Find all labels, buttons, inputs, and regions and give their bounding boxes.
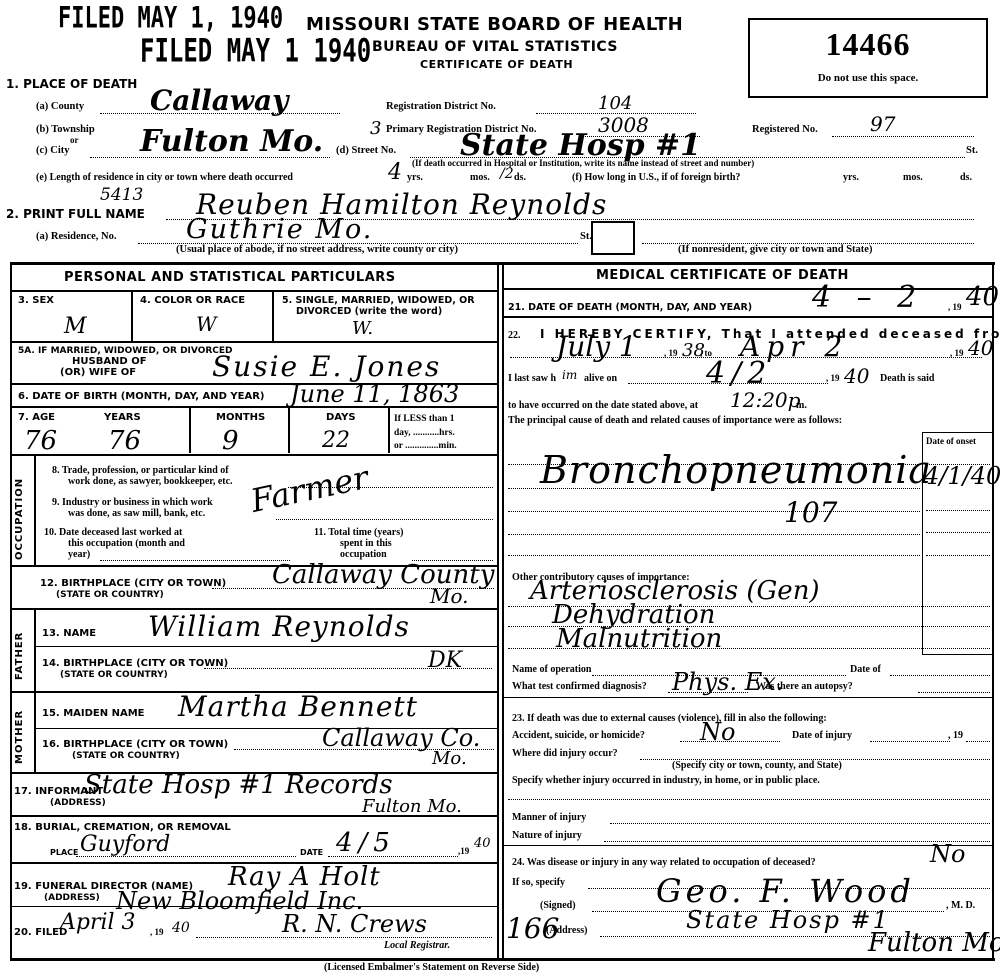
age-value[interactable]: 76 bbox=[24, 426, 57, 456]
father-name-value[interactable]: William Reynolds bbox=[148, 610, 410, 643]
birthplace-label-2: (STATE OR COUNTRY) bbox=[56, 590, 164, 600]
filed-stamp-top: FILED MAY 1, 1940 bbox=[58, 2, 283, 36]
attended-from-value[interactable]: July 1 bbox=[556, 330, 637, 363]
years-value[interactable]: 76 bbox=[108, 426, 141, 456]
registrar-value[interactable]: R. N. Crews bbox=[282, 910, 427, 938]
mother-birthplace-label-2: (STATE OR COUNTRY) bbox=[72, 751, 180, 761]
reg-district-label: Registration District No. bbox=[386, 101, 496, 112]
street-note: (If death occurred in Hospital or Instit… bbox=[412, 158, 754, 168]
occupation-side-label: OCCUPATION bbox=[14, 478, 25, 560]
specify-line bbox=[508, 799, 990, 800]
industry-line bbox=[276, 519, 493, 520]
trade-value[interactable]: Farmer bbox=[247, 458, 371, 520]
form-subtitle: BUREAU OF VITAL STATISTICS bbox=[372, 39, 618, 55]
place-of-death-label: 1. PLACE OF DEATH bbox=[6, 77, 137, 91]
file-number: 14466 bbox=[750, 26, 986, 63]
dod-rule bbox=[503, 316, 993, 318]
reg-district-value[interactable]: 104 bbox=[598, 93, 632, 114]
last-saw-value[interactable]: 4/2 bbox=[706, 356, 772, 391]
registered-no-label: Registered No. bbox=[752, 124, 818, 135]
sex-divider bbox=[131, 291, 133, 341]
race-divider bbox=[272, 291, 274, 341]
cause-intro: The principal cause of death and related… bbox=[508, 415, 842, 426]
informant-value-2[interactable]: Fulton Mo. bbox=[362, 796, 462, 817]
birthplace-value-2[interactable]: Mo. bbox=[430, 584, 469, 608]
occurred-label: to have occurred on the date stated abov… bbox=[508, 400, 698, 411]
medical-section-title: MEDICAL CERTIFICATE OF DEATH bbox=[596, 268, 849, 283]
if-so-label: If so, specify bbox=[512, 877, 565, 888]
dob-label: 6. DATE OF BIRTH (MONTH, DAY, AND YEAR) bbox=[18, 391, 265, 402]
onset-label: Date of onset bbox=[926, 436, 976, 446]
manner-label: Manner of injury bbox=[512, 812, 586, 823]
township-label: (b) Township bbox=[36, 124, 95, 135]
time-value[interactable]: 12:20p bbox=[730, 388, 800, 412]
accident-value[interactable]: No bbox=[700, 718, 735, 746]
frame-divider-1 bbox=[497, 263, 499, 961]
death-said-label: Death is said bbox=[880, 373, 934, 384]
father-birthplace-label-2: (STATE OR COUNTRY) bbox=[60, 670, 168, 680]
test-label: What test confirmed diagnosis? bbox=[512, 681, 647, 692]
signed-label: (Signed) bbox=[540, 900, 576, 911]
last-saw-label: I last saw h bbox=[508, 373, 556, 384]
full-name-label: 2. PRINT FULL NAME bbox=[6, 207, 145, 221]
race-label: 4. COLOR OR RACE bbox=[140, 295, 245, 306]
birthplace-label-1: 12. BIRTHPLACE (CITY OR TOWN) bbox=[40, 578, 226, 589]
contributory-3-value[interactable]: Malnutrition bbox=[556, 624, 722, 654]
operation-label: Name of operation bbox=[512, 664, 591, 675]
dod-year-prefix: , 19 bbox=[948, 302, 962, 312]
last-worked-label-1: 10. Date deceased last worked at bbox=[44, 527, 182, 538]
filed-stamp-bottom: FILED MAY 1 1940 bbox=[140, 32, 371, 70]
signed-value[interactable]: Geo. F. Wood bbox=[656, 872, 915, 910]
industry-label-1: 9. Industry or business in which work bbox=[52, 497, 213, 508]
occupation-related-label: 24. Was disease or injury in any way rel… bbox=[512, 857, 816, 868]
county-label: (a) County bbox=[36, 101, 84, 112]
trade-label-1: 8. Trade, profession, or particular kind… bbox=[52, 465, 229, 476]
burial-place-label: PLACE bbox=[50, 848, 79, 857]
mother-side-label: MOTHER bbox=[14, 710, 25, 764]
onset-value[interactable]: 4/1/40 bbox=[924, 462, 1000, 490]
row-rule-3 bbox=[10, 406, 498, 408]
occupation-related-value[interactable]: No bbox=[930, 840, 965, 868]
injury-date-line bbox=[870, 741, 950, 742]
dob-value[interactable]: June 11, 1863 bbox=[290, 380, 459, 408]
to-year-value[interactable]: 40 bbox=[968, 336, 993, 360]
burial-date-label: DATE bbox=[300, 848, 323, 857]
age-label: 7. AGE bbox=[18, 412, 55, 423]
street-label: (d) Street No. bbox=[336, 145, 396, 156]
burial-place-value[interactable]: Guyford bbox=[80, 832, 170, 857]
spouse-label-3: (OR) WIFE OF bbox=[60, 367, 136, 378]
maiden-name-label: 15. MAIDEN NAME bbox=[42, 708, 144, 719]
frame-bottom bbox=[10, 958, 995, 961]
file-number-box: 14466 Do not use this space. bbox=[748, 18, 988, 98]
months-value[interactable]: 9 bbox=[222, 426, 239, 456]
where-label: Where did injury occur? bbox=[512, 748, 618, 759]
footer-note: (Licensed Embalmer's Statement on Revers… bbox=[324, 962, 539, 973]
father-side-label: FATHER bbox=[14, 632, 25, 680]
manner-line bbox=[610, 823, 990, 824]
operation-date-line bbox=[890, 675, 990, 676]
industry-label-2: was done, as saw mill, bank, etc. bbox=[68, 508, 205, 519]
operation-date-label: Date of bbox=[850, 664, 881, 675]
mother-birthplace-label-1: 16. BIRTHPLACE (CITY OR TOWN) bbox=[42, 739, 228, 750]
burial-year-prefix: ,19 bbox=[458, 846, 469, 856]
last-worked-label-3: year) bbox=[68, 549, 90, 560]
registered-no-value[interactable]: 97 bbox=[870, 112, 895, 136]
file-note: Do not use this space. bbox=[750, 72, 986, 84]
ds-label: ds. bbox=[514, 172, 526, 183]
onset-column-top bbox=[922, 432, 993, 433]
mother-side-divider bbox=[34, 692, 36, 772]
less-than-label-1: If LESS than 1 bbox=[394, 414, 454, 424]
where-note: (Specify city or town, county, and State… bbox=[672, 760, 842, 771]
total-time-label-3: occupation bbox=[340, 549, 387, 560]
autopsy-line bbox=[918, 692, 990, 693]
address-value-1[interactable]: State Hosp #1 bbox=[686, 906, 890, 934]
father-rule bbox=[36, 646, 498, 647]
spouse-value[interactable]: Susie E. Jones bbox=[212, 350, 441, 383]
less-than-label-3: or ..............min. bbox=[394, 441, 457, 451]
case-number: 5413 bbox=[100, 185, 143, 205]
days-value[interactable]: 22 bbox=[322, 428, 350, 453]
months-label: MONTHS bbox=[216, 412, 265, 423]
residence-note: (Usual place of abode, if no street addr… bbox=[176, 244, 458, 255]
maiden-name-value[interactable]: Martha Bennett bbox=[178, 690, 418, 723]
row-rule-1 bbox=[10, 341, 498, 343]
father-side-divider bbox=[34, 609, 36, 691]
residence-value[interactable]: Guthrie Mo. bbox=[186, 214, 373, 245]
last-worked-line bbox=[100, 560, 290, 561]
form-title: MISSOURI STATE BOARD OF HEALTH bbox=[306, 14, 683, 35]
frame-divider-2 bbox=[502, 263, 504, 961]
address-label: (Address) bbox=[546, 925, 587, 936]
nonresident-note: (If nonresident, give city or town and S… bbox=[678, 244, 872, 255]
md-label: , M. D. bbox=[946, 900, 975, 911]
cause-line-5 bbox=[508, 555, 920, 556]
dod-value[interactable]: 4 – 2 bbox=[812, 280, 924, 315]
ward-mark: 3 bbox=[370, 118, 381, 139]
row-rule-11 bbox=[10, 906, 498, 907]
from-year-prefix: , 19 bbox=[664, 348, 678, 358]
months-divider bbox=[288, 407, 290, 453]
cause-code: 107 bbox=[784, 496, 837, 529]
contributory-column-bottom bbox=[922, 654, 993, 655]
dod-label: 21. DATE OF DEATH (MONTH, DAY, AND YEAR) bbox=[508, 302, 752, 313]
onset-line-3 bbox=[926, 532, 990, 533]
residence-checkbox[interactable] bbox=[591, 221, 635, 255]
days-divider bbox=[388, 407, 390, 453]
total-time-label-2: spent in this bbox=[340, 538, 392, 549]
onset-line-2 bbox=[926, 510, 990, 511]
days-label: DAYS bbox=[326, 412, 356, 423]
principal-cause-value[interactable]: Bronchopneumonia bbox=[540, 448, 932, 492]
foreign-mos: mos. bbox=[903, 172, 923, 183]
onset-line-4 bbox=[926, 555, 990, 556]
address-value-2[interactable]: Fulton Mo. bbox=[868, 928, 1000, 958]
less-than-label-2: day, ...........hrs. bbox=[394, 428, 455, 438]
trade-label-2: work done, as sawyer, bookkeeper, etc. bbox=[68, 476, 233, 487]
informant-value-1[interactable]: State Hosp #1 Records bbox=[84, 770, 393, 800]
certify-number: 22. bbox=[508, 330, 521, 341]
row-rule-9 bbox=[10, 815, 498, 817]
funeral-label-2: (ADDRESS) bbox=[44, 893, 100, 903]
marital-label-2: DIVORCED (write the word) bbox=[296, 306, 442, 317]
dod-year[interactable]: 40 bbox=[966, 282, 999, 312]
foreign-label: (f) How long in U.S., if of foreign birt… bbox=[572, 172, 740, 183]
specify-label: Specify whether injury occurred in indus… bbox=[512, 775, 820, 786]
foreign-ds: ds. bbox=[960, 172, 972, 183]
father-name-label: 13. NAME bbox=[42, 628, 96, 639]
personal-title-rule bbox=[10, 290, 498, 292]
nature-label: Nature of injury bbox=[512, 830, 582, 841]
frame-right bbox=[992, 263, 994, 961]
county-value[interactable]: Callaway bbox=[150, 84, 288, 117]
autopsy-label: Was there an autopsy? bbox=[756, 681, 853, 692]
registered-no-line bbox=[832, 136, 974, 137]
injury-date-label: Date of injury bbox=[792, 730, 852, 741]
nature-rule bbox=[503, 845, 993, 846]
marital-label-1: 5. SINGLE, MARRIED, WIDOWED, OR bbox=[282, 295, 475, 306]
cause-line-4 bbox=[508, 534, 920, 535]
accident-label: Accident, suicide, or homicide? bbox=[512, 730, 645, 741]
row-rule-4 bbox=[10, 454, 498, 456]
street-suffix: St. bbox=[966, 145, 978, 156]
registrar-label: Local Registrar. bbox=[384, 940, 450, 951]
city-value[interactable]: Fulton Mo. bbox=[140, 124, 323, 159]
last-saw-year-value[interactable]: 40 bbox=[844, 364, 869, 388]
contributory-column-divider bbox=[922, 562, 923, 654]
last-worked-label-2: this occupation (month and bbox=[68, 538, 185, 549]
father-birthplace-value[interactable]: DK bbox=[428, 648, 462, 673]
father-birthplace-label-1: 14. BIRTHPLACE (CITY OR TOWN) bbox=[42, 658, 228, 669]
cause-line-3 bbox=[508, 511, 920, 512]
filed-year-prefix: , 19 bbox=[150, 927, 164, 937]
residence-label: (a) Residence, No. bbox=[36, 231, 116, 242]
autopsy-rule bbox=[503, 697, 993, 698]
last-saw-year-prefix: , 19 bbox=[826, 373, 840, 383]
spouse-label-2: HUSBAND OF bbox=[72, 356, 147, 367]
personal-section-title: PERSONAL AND STATISTICAL PARTICULARS bbox=[64, 270, 396, 285]
external-label: 23. If death was due to external causes … bbox=[512, 713, 827, 724]
years-label: YEARS bbox=[104, 412, 141, 423]
sex-value[interactable]: M bbox=[64, 314, 87, 339]
yrs-label: yrs. bbox=[407, 172, 423, 183]
time-suffix: m. bbox=[796, 400, 807, 411]
filed-date-value[interactable]: April 3 bbox=[60, 910, 136, 935]
residence-length-label: (e) Length of residence in city or town … bbox=[36, 172, 293, 183]
burial-year-value[interactable]: 40 bbox=[474, 836, 491, 851]
years-divider bbox=[189, 407, 191, 453]
mother-birthplace-value-2[interactable]: Mo. bbox=[432, 748, 467, 769]
last-saw-pronoun[interactable]: im bbox=[562, 368, 577, 382]
burial-date-value[interactable]: 4/5 bbox=[336, 828, 396, 858]
marital-value[interactable]: W. bbox=[352, 318, 373, 339]
total-time-label-1: 11. Total time (years) bbox=[314, 527, 403, 538]
to-year-prefix: , 19 bbox=[950, 348, 964, 358]
filed-year-value[interactable]: 40 bbox=[172, 920, 190, 936]
mos-label: mos. bbox=[470, 172, 490, 183]
injury-year-line bbox=[966, 741, 990, 742]
frame-left bbox=[10, 263, 12, 961]
sex-label: 3. SEX bbox=[18, 295, 54, 306]
city-label: (c) City bbox=[36, 145, 70, 156]
residence-length-value[interactable]: 4 bbox=[388, 160, 402, 185]
ds-value[interactable]: /2 bbox=[500, 166, 514, 182]
form-certificate-type: CERTIFICATE OF DEATH bbox=[420, 58, 573, 71]
occupation-side-divider bbox=[34, 455, 36, 565]
foreign-yrs: yrs. bbox=[843, 172, 859, 183]
alive-on-label: alive on bbox=[584, 373, 617, 384]
injury-year-prefix: , 19 bbox=[948, 730, 963, 741]
spouse-label-1: 5A. IF MARRIED, WIDOWED, OR DIVORCED bbox=[18, 346, 233, 356]
race-value[interactable]: W bbox=[196, 312, 217, 336]
or-label: or bbox=[70, 135, 79, 145]
